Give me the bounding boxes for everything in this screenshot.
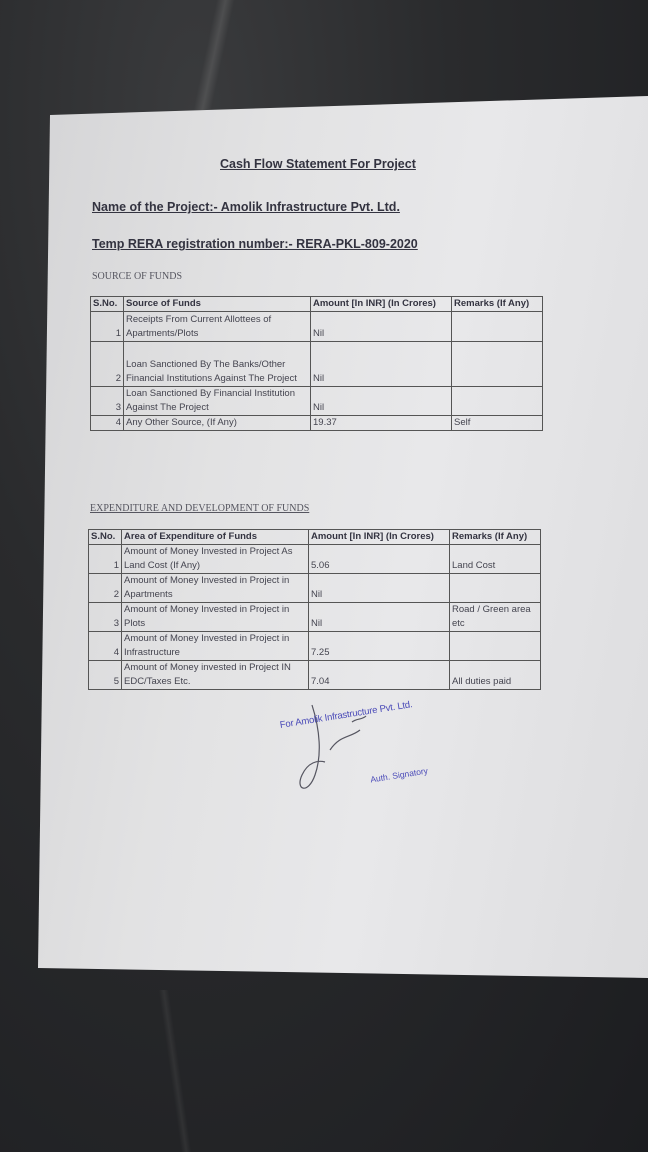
cell-source: Receipts From Current Allottees of Apart… [124,312,311,342]
column-header: S.No. [91,297,124,312]
document-content: Cash Flow Statement For Project Name of … [0,0,648,1152]
cell-remarks [450,574,541,603]
cell-area: Amount of Money invested in Project IN E… [122,661,309,690]
cell-sno: 3 [91,387,124,416]
cell-remarks [450,632,541,661]
cell-amount: 7.25 [309,632,450,661]
project-name: Name of the Project:- Amolik Infrastruct… [92,200,400,214]
cell-amount: Nil [311,312,452,342]
rera-number: Temp RERA registration number:- RERA-PKL… [92,237,418,251]
column-header: Remarks (If Any) [450,530,541,545]
cell-sno: 2 [89,574,122,603]
table-row: 1 Amount of Money Invested in Project As… [89,545,541,574]
expenditure-table: S.No. Area of Expenditure of Funds Amoun… [88,529,541,690]
cell-amount: 19.37 [311,416,452,431]
expenditure-heading: EXPENDITURE AND DEVELOPMENT OF FUNDS [90,503,309,514]
cell-sno: 5 [89,661,122,690]
table-row: 2 Loan Sanctioned By The Banks/Other Fin… [91,342,543,387]
cell-source: Any Other Source, (If Any) [124,416,311,431]
table-row: 3 Amount of Money Invested in Project in… [89,603,541,632]
table-row: 3 Loan Sanctioned By Financial Instituti… [91,387,543,416]
document-title: Cash Flow Statement For Project [220,157,416,171]
cell-area: Amount of Money Invested in Project in P… [122,603,309,632]
cell-amount: Nil [311,342,452,387]
source-of-funds-table: S.No. Source of Funds Amount [In INR] (I… [90,296,543,431]
cell-remarks [452,312,543,342]
cell-remarks [452,387,543,416]
table-row: 5 Amount of Money invested in Project IN… [89,661,541,690]
source-of-funds-heading: SOURCE OF FUNDS [92,271,182,282]
cell-sno: 1 [91,312,124,342]
cell-amount: Nil [309,574,450,603]
table-row: 2 Amount of Money Invested in Project in… [89,574,541,603]
cell-sno: 4 [91,416,124,431]
cell-remarks: All duties paid [450,661,541,690]
cell-sno: 3 [89,603,122,632]
cell-source: Loan Sanctioned By Financial Institution… [124,387,311,416]
cell-area: Amount of Money Invested in Project As L… [122,545,309,574]
cell-source: Loan Sanctioned By The Banks/Other Finan… [124,342,311,387]
column-header: Source of Funds [124,297,311,312]
cell-sno: 2 [91,342,124,387]
cell-sno: 1 [89,545,122,574]
cell-sno: 4 [89,632,122,661]
cell-amount: Nil [311,387,452,416]
table-header-row: S.No. Area of Expenditure of Funds Amoun… [89,530,541,545]
column-header: Amount [In INR] (In Crores) [309,530,450,545]
cell-remarks [452,342,543,387]
column-header: Amount [In INR] (In Crores) [311,297,452,312]
table-header-row: S.No. Source of Funds Amount [In INR] (I… [91,297,543,312]
table-row: 4 Any Other Source, (If Any) 19.37 Self [91,416,543,431]
cell-amount: 7.04 [309,661,450,690]
cell-amount: Nil [309,603,450,632]
table-row: 4 Amount of Money Invested in Project in… [89,632,541,661]
cell-remarks: Road / Green area etc [450,603,541,632]
cell-area: Amount of Money Invested in Project in I… [122,632,309,661]
column-header: S.No. [89,530,122,545]
cell-amount: 5.06 [309,545,450,574]
cell-remarks: Self [452,416,543,431]
column-header: Area of Expenditure of Funds [122,530,309,545]
table-row: 1 Receipts From Current Allottees of Apa… [91,312,543,342]
cell-remarks: Land Cost [450,545,541,574]
cell-area: Amount of Money Invested in Project in A… [122,574,309,603]
column-header: Remarks (If Any) [452,297,543,312]
